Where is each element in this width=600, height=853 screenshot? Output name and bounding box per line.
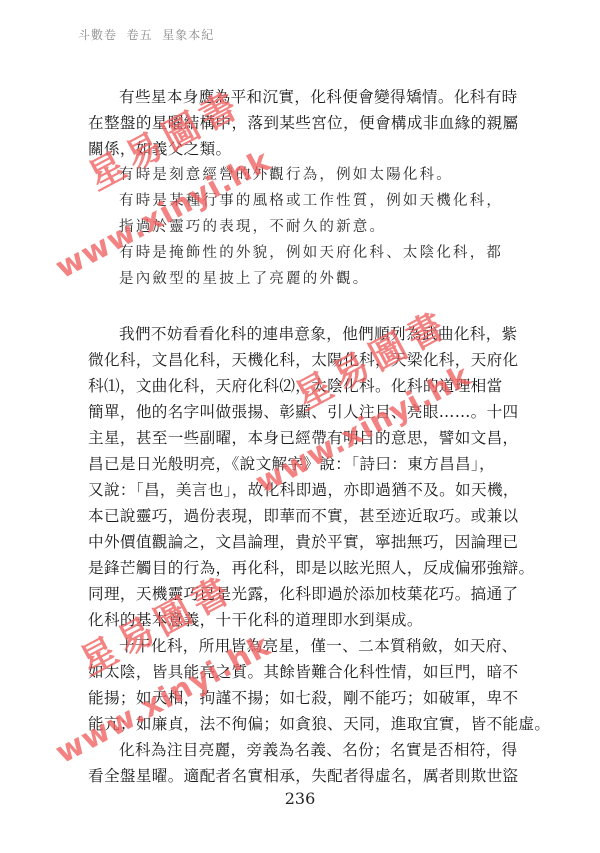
text-line: 科⑴，文曲化科，天府化科⑵，太陰化科。化科的道理相當 [88, 373, 524, 399]
text-line: 簡單，他的名字叫做張揚、彰顯、引人注目、亮眼……。十四 [88, 399, 524, 425]
text-line: 化科為注目亮麗，旁義為名義、名份；名實是否相符，得 [88, 737, 524, 763]
paragraph-4: 化科為注目亮麗，旁義為名義、名份；名實是否相符，得 看全盤星曜。適配者名實相承，… [88, 737, 524, 789]
text-line: 是鋒芒觸目的行為，再化科，即是以眩光照人，反成偏邪強辯。 [88, 555, 524, 581]
quote-line: 是內斂型的星披上了亮麗的外觀。 [88, 266, 524, 292]
text-line: 昌已是日光般明亮，《說文解字》說：「詩曰：東方昌昌」， [88, 451, 524, 477]
text-line: 我們不妨看看化科的連串意象，他們順列為武曲化科，紫 [88, 321, 524, 347]
paragraph-1: 有些星本身應為平和沉實，化科便會變得矯情。化科有時 在整盤的星曜結構中，落到某些… [88, 84, 524, 162]
paragraph-2: 我們不妨看看化科的連串意象，他們順列為武曲化科，紫 微化科，文昌化科，天機化科，… [88, 321, 524, 633]
running-head: 斗數卷 卷五 星象本紀 [78, 26, 214, 43]
text-line: 在整盤的星曜結構中，落到某些宮位，便會構成非血緣的親屬 [88, 110, 524, 136]
text-line: 又說：「昌，美言也」，故化科即過，亦即過猶不及。如天機， [88, 477, 524, 503]
text-line: 看全盤星曜。適配者名實相承，失配者得虛名，厲者則欺世盜 [88, 763, 524, 789]
text-line: 能亢；如廉貞，法不徇偏；如貪狼、天同，進取宜實，皆不能虛。 [88, 711, 524, 737]
text-line: 主星，甚至一些副曜，本身已經帶有明目的意思，譬如文昌， [88, 425, 524, 451]
text-line: 如太陰，皆具能亮之質。其餘皆難合化科性情，如巨門，暗不 [88, 659, 524, 685]
paragraph-3: 十干化科，所用皆為亮星，僅一、二本質稍斂，如天府、 如太陰，皆具能亮之質。其餘皆… [88, 633, 524, 737]
text-line: 有些星本身應為平和沉實，化科便會變得矯情。化科有時 [88, 84, 524, 110]
paragraph-gap [88, 292, 524, 321]
text-line: 本已說靈巧，過份表現，即華而不實，甚至迹近取巧。或兼以 [88, 503, 524, 529]
block-quote: 有時是刻意經營的外觀行為，例如太陽化科。 有時是某種行事的風格或工作性質，例如天… [88, 162, 524, 292]
text-line: 同理，天機靈巧已是光露，化科即過於添加枝葉花巧。搞通了 [88, 581, 524, 607]
quote-line: 指過於靈巧的表現，不耐久的新意。 [88, 214, 524, 240]
quote-line: 有時是刻意經營的外觀行為，例如太陽化科。 [88, 162, 524, 188]
page-number: 236 [0, 789, 600, 808]
quote-line: 有時是掩飾性的外貌，例如天府化科、太陰化科，都 [88, 240, 524, 266]
text-line: 微化科，文昌化科，天機化科，太陽化科，天梁化科，天府化 [88, 347, 524, 373]
body-text: 有些星本身應為平和沉實，化科便會變得矯情。化科有時 在整盤的星曜結構中，落到某些… [88, 84, 524, 789]
text-line: 十干化科，所用皆為亮星，僅一、二本質稍斂，如天府、 [88, 633, 524, 659]
text-line: 化科的基本意義，十干化科的道理即水到渠成。 [88, 607, 524, 633]
text-line: 中外價值觀論之，文昌論理，貴於平實，寧拙無巧，因論理已 [88, 529, 524, 555]
quote-line: 有時是某種行事的風格或工作性質，例如天機化科， [88, 188, 524, 214]
text-line: 能揚；如天相，拘謹不揚；如七殺，剛不能巧；如破軍，卑不 [88, 685, 524, 711]
text-line: 關係，如義父之類。 [88, 136, 524, 162]
